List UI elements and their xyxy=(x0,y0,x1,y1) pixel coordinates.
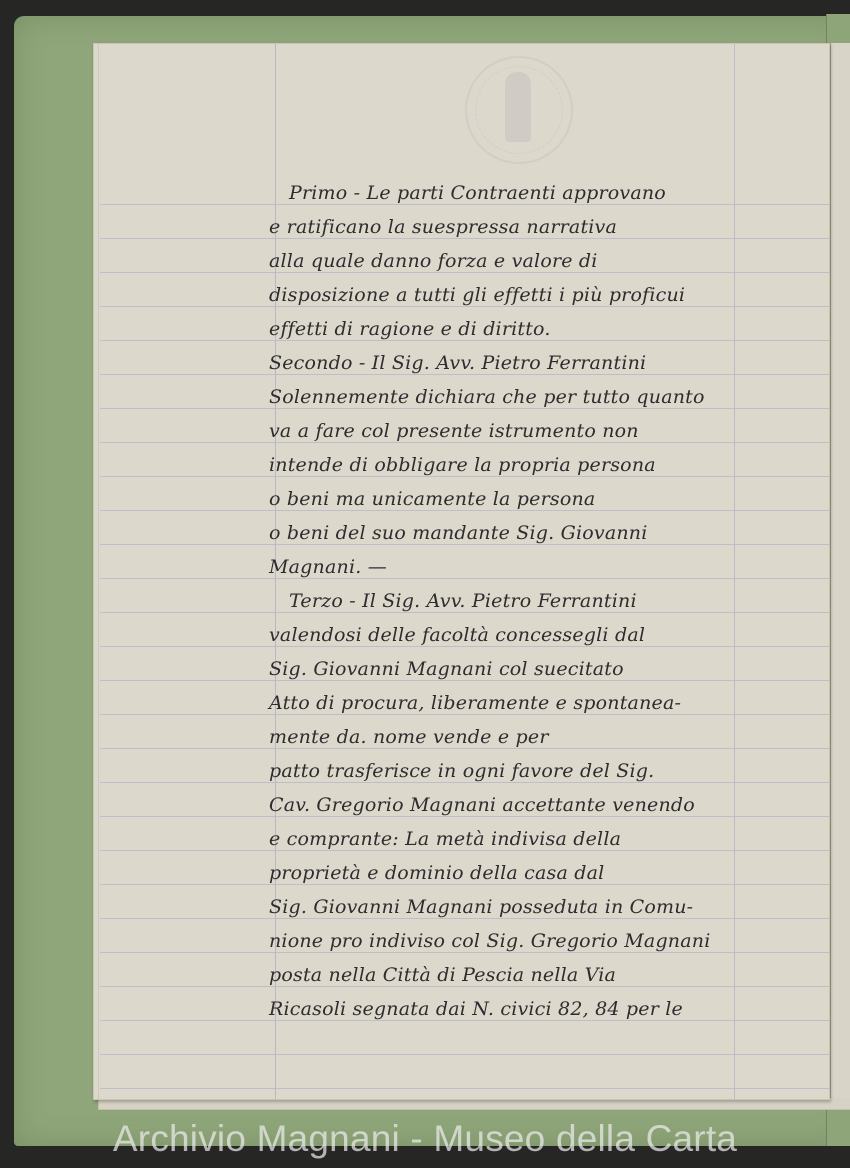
text-line: Ricasoli segnata dai N. civici 82, 84 pe… xyxy=(269,992,809,1026)
ruled-line xyxy=(100,1088,829,1089)
text-line: proprietà e dominio della casa dal xyxy=(269,856,809,890)
text-line: alla quale danno forza e valore di xyxy=(269,244,809,278)
stamp-figure-icon xyxy=(505,72,531,142)
text-line: o beni del suo mandante Sig. Giovanni xyxy=(269,516,809,550)
handwritten-text: Primo - Le parti Contraenti approvano e … xyxy=(269,176,809,1026)
text-line: disposizione a tutti gli effetti i più p… xyxy=(269,278,809,312)
text-line: mente da. nome vende e per xyxy=(269,720,809,754)
archive-watermark: Archivio Magnani - Museo della Carta xyxy=(0,1118,850,1160)
text-line: Sig. Giovanni Magnani col suecitato xyxy=(269,652,809,686)
text-line: Atto di procura, liberamente e spontanea… xyxy=(269,686,809,720)
text-line: va a fare col presente istrumento non xyxy=(269,414,809,448)
text-line: posta nella Città di Pescia nella Via xyxy=(269,958,809,992)
text-line: Cav. Gregorio Magnani accettante venendo xyxy=(269,788,809,822)
text-line: Terzo - Il Sig. Avv. Pietro Ferrantini xyxy=(269,584,809,618)
adjacent-page-edge xyxy=(830,43,850,1098)
text-line: e ratificano la suespressa narrativa xyxy=(269,210,809,244)
ruled-line xyxy=(100,1054,829,1055)
text-line: e comprante: La metà indivisa della xyxy=(269,822,809,856)
page-edge-line xyxy=(98,44,99,1099)
embossed-stamp-seal-icon xyxy=(465,56,573,164)
text-line: nione pro indiviso col Sig. Gregorio Mag… xyxy=(269,924,809,958)
text-line: Sig. Giovanni Magnani posseduta in Comu- xyxy=(269,890,809,924)
text-line: intende di obbligare la propria persona xyxy=(269,448,809,482)
text-line: Secondo - Il Sig. Avv. Pietro Ferrantini xyxy=(269,346,809,380)
text-line: o beni ma unicamente la persona xyxy=(269,482,809,516)
text-line: Magnani. — xyxy=(269,550,809,584)
manuscript-page: Primo - Le parti Contraenti approvano e … xyxy=(93,43,830,1100)
text-line: Solennemente dichiara che per tutto quan… xyxy=(269,380,809,414)
text-line: effetti di ragione e di diritto. xyxy=(269,312,809,346)
text-line: patto trasferisce in ogni favore del Sig… xyxy=(269,754,809,788)
text-line: Primo - Le parti Contraenti approvano xyxy=(269,176,809,210)
text-line: valendosi delle facoltà concessegli dal xyxy=(269,618,809,652)
